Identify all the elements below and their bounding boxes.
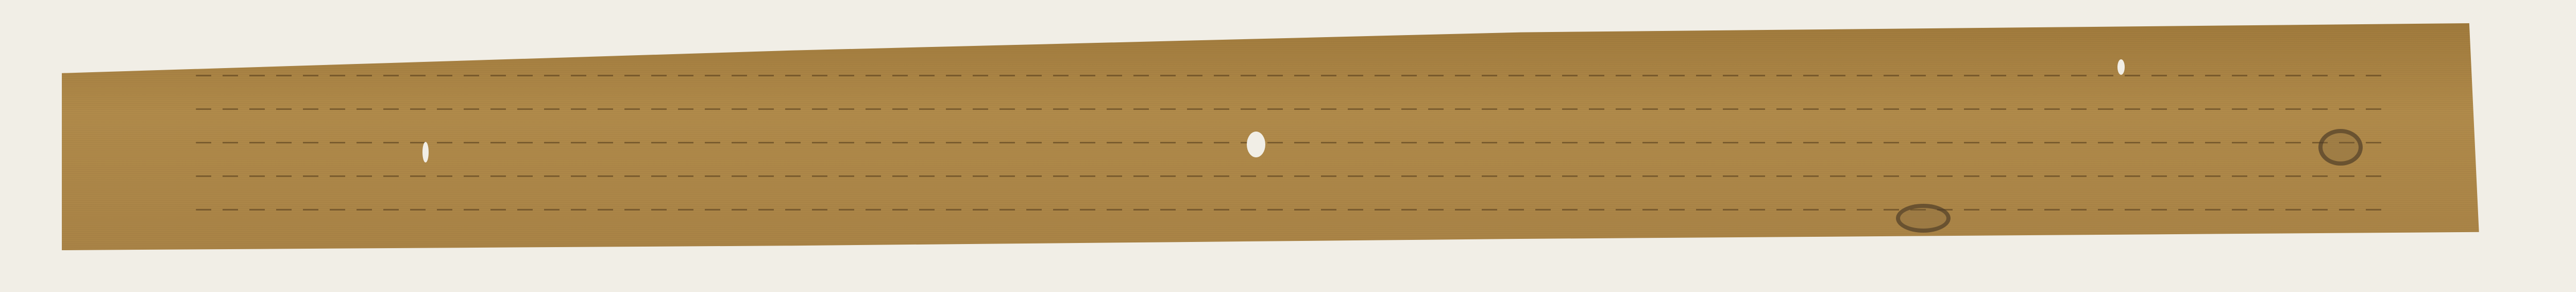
ink-stain <box>1896 204 1951 233</box>
palm-leaf-manuscript <box>62 23 2494 250</box>
worm-hole <box>422 142 429 163</box>
worm-hole <box>2117 59 2125 75</box>
script-line-5 <box>196 209 2391 210</box>
script-line-1 <box>196 75 2391 76</box>
script-line-4 <box>196 175 2391 177</box>
ink-stain <box>2318 129 2363 166</box>
script-line-2 <box>196 108 2391 110</box>
worm-hole <box>1247 132 1265 157</box>
script-line-3 <box>196 142 2391 143</box>
